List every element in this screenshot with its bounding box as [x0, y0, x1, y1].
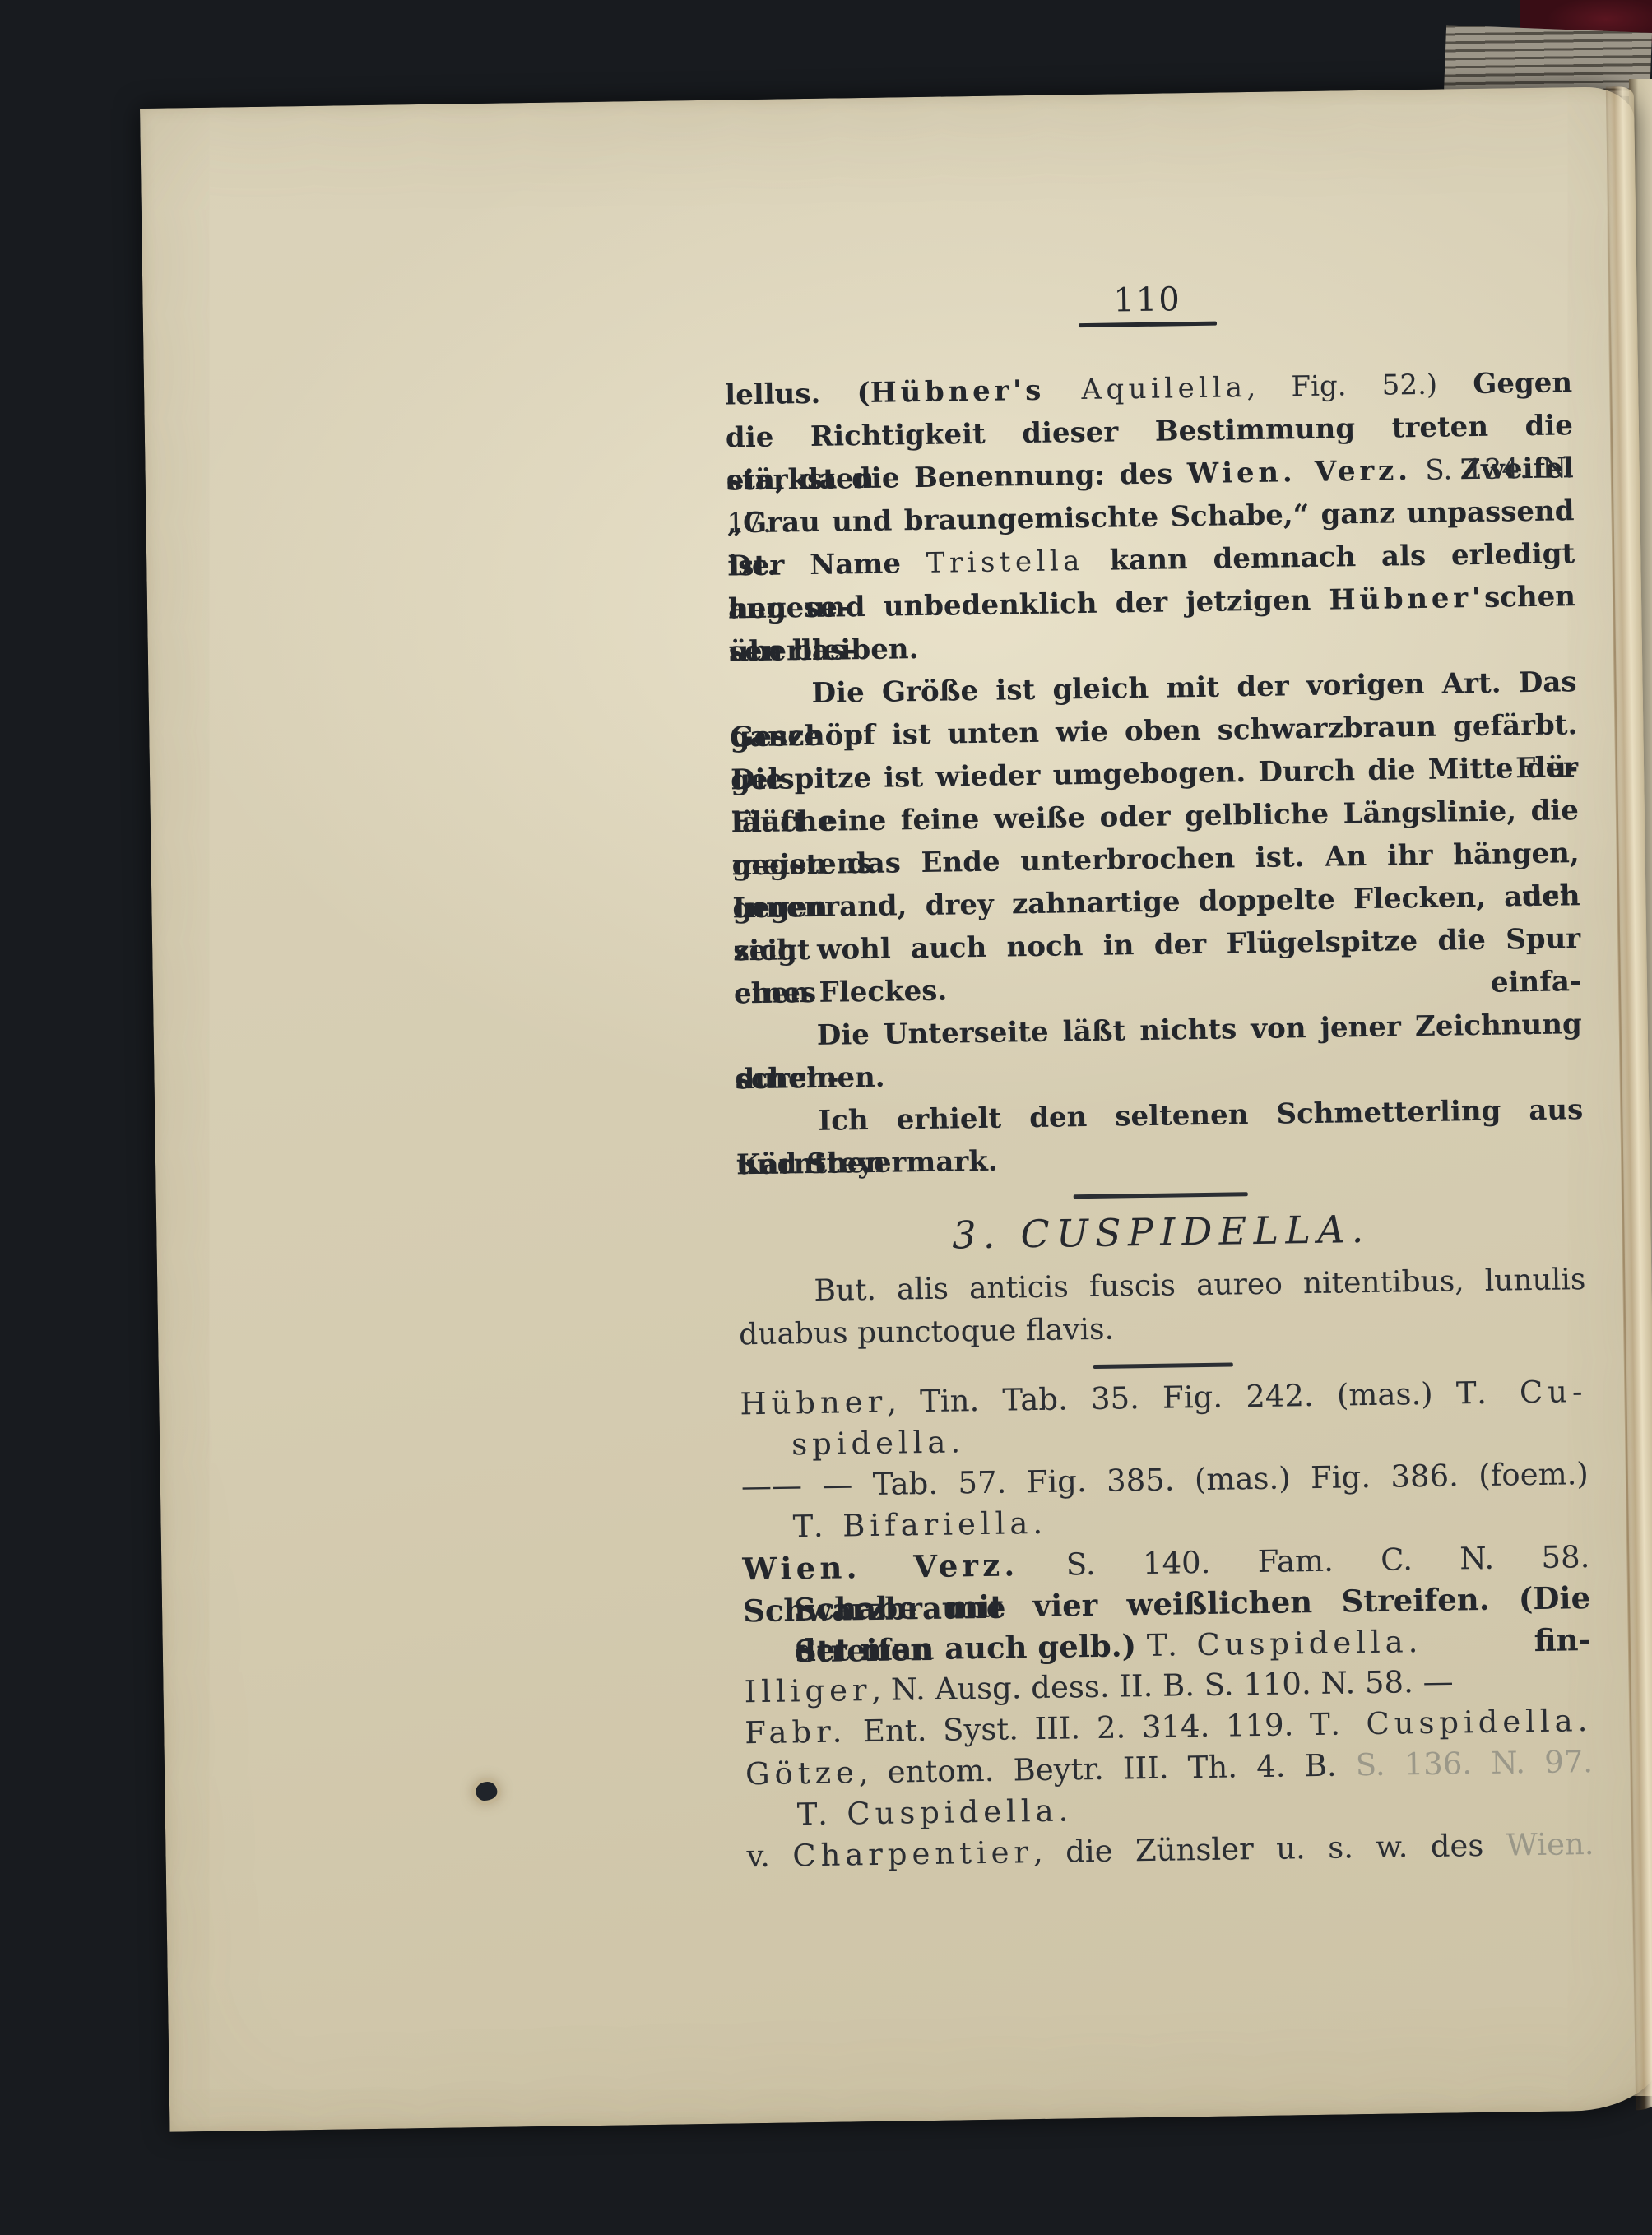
text-column: 110 lellus. (Hübner's Aquilella, Fig. 52…: [723, 275, 1594, 1877]
text-segment: Hübner's: [870, 374, 1045, 410]
text-segment: Ent. Syst. III. 2. 314. 119.: [847, 1707, 1310, 1749]
text-segment: sen bleiben.: [729, 633, 919, 668]
text-segment: det man auch gelb.): [795, 1627, 1148, 1668]
text-segment: spidella.: [791, 1424, 965, 1462]
text-segment: scheinen.: [735, 1061, 885, 1097]
reference-divider: [1093, 1362, 1233, 1369]
references: Hübner, Tin. Tab. 35. Fig. 242. (mas.) T…: [740, 1371, 1594, 1877]
text-segment: lellus. (: [725, 377, 870, 412]
body-paragraphs: lellus. (Hübner's Aquilella, Fig. 52.) G…: [725, 361, 1585, 1186]
text-segment: v.: [746, 1838, 792, 1874]
text-segment: S. 136. N. 97.: [1355, 1744, 1593, 1783]
page-number-rule: [1079, 322, 1217, 327]
species-heading: 3. CUSPIDELLA.: [737, 1199, 1585, 1264]
text-segment: Wien. Verz.: [742, 1546, 1019, 1587]
text-segment: duabus punctoque flavis.: [739, 1313, 1114, 1352]
section-divider: [1074, 1192, 1248, 1199]
text-segment: But. alis anticis fuscis aureo nitentibu…: [814, 1263, 1586, 1308]
text-segment: Hübner: [740, 1384, 887, 1422]
text-segment: , N. Ausg. dess. II. B. S. 110. N. 58. —: [871, 1664, 1454, 1708]
text-segment: Charpentier: [792, 1834, 1033, 1873]
text-segment: T. Cuspidella.: [1310, 1703, 1593, 1742]
text-segment: T. Cuspidella.: [1147, 1624, 1423, 1663]
text-segment: und Steyermark.: [736, 1145, 998, 1182]
text-segment: Fabr.: [745, 1713, 847, 1750]
text-segment: T. Cuspidella.: [797, 1792, 1074, 1832]
text-segment: , die Zünsler u. s. w. des: [1033, 1828, 1506, 1871]
text-segment: Illiger: [744, 1672, 871, 1709]
page-header: 110: [723, 275, 1571, 332]
text-segment: Der Name: [727, 547, 926, 583]
text-segment: Wien.: [1506, 1826, 1594, 1863]
text-segment: T. Cu-: [1456, 1374, 1588, 1411]
text-segment: Tristella: [926, 545, 1085, 580]
text-segment: Gegen: [1473, 366, 1572, 401]
book-scan: 110 lellus. (Hübner's Aquilella, Fig. 52…: [0, 0, 1652, 2235]
text-segment: Götze: [745, 1755, 859, 1792]
latin-diagnosis: But. alis anticis fuscis aureo nitentibu…: [738, 1259, 1586, 1356]
text-segment: hen und unbedenklich der jetzigen: [728, 584, 1329, 626]
text-segment: Hübner': [1329, 582, 1484, 617]
text-segment: chen Fleckes.: [734, 975, 948, 1011]
text-segment: , Tin. Tab. 35. Fig. 242. (mas.): [887, 1375, 1456, 1419]
text-segment: Aquilella: [1081, 371, 1247, 406]
text-segment: , Fig. 52.): [1246, 368, 1473, 404]
text-segment: T. Bifariella.: [792, 1505, 1047, 1545]
text-segment: [1045, 373, 1082, 407]
text-segment: ein, da die Benennung: des: [726, 457, 1187, 497]
page-number: 110: [723, 275, 1571, 325]
text-segment: Wien. Verz.: [1187, 454, 1412, 490]
text-segment: S. 140. Fam. C. N. 58.: [1019, 1539, 1590, 1583]
text-segment: , entom. Beytr. III. Th. 4. B.: [858, 1747, 1356, 1790]
ink-blot: [476, 1782, 497, 1801]
book-page: 110 lellus. (Hübner's Aquilella, Fig. 52…: [140, 86, 1652, 2132]
